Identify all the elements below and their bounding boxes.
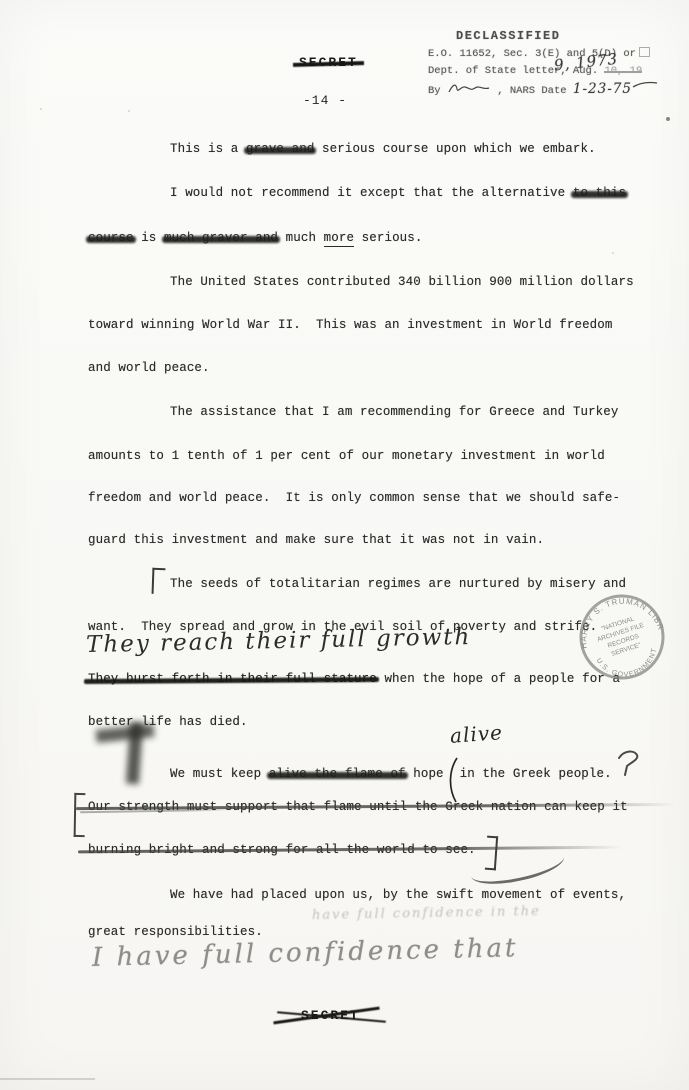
typed-line: course is much graver and much more seri… — [88, 229, 422, 247]
insert-bracket-mark — [152, 568, 166, 594]
classification-secret-bottom: SECRET — [301, 1008, 360, 1023]
margin-question-mark — [616, 748, 642, 780]
typed-text: The seeds of totalitarian regimes are nu… — [170, 577, 626, 591]
typed-line: The seeds of totalitarian regimes are nu… — [88, 575, 626, 593]
typed-text: serious. — [354, 231, 422, 245]
stamp-by-label: By — [428, 85, 441, 97]
document-page: SECRET DECLASSIFIED E.O. 11652, Sec. 3(E… — [0, 0, 689, 1090]
typed-text: guard this investment and make sure that… — [88, 533, 544, 547]
typed-text: The assistance that I am recommending fo… — [170, 405, 618, 419]
typed-text: We have had placed upon us, by the swift… — [170, 888, 626, 902]
stamp-by-line: By , NARS Date 1-23-75 — [428, 81, 678, 101]
typed-line: I would not recommend it except that the… — [88, 184, 626, 202]
typed-text: hope — [406, 767, 444, 781]
typed-text: serious course upon which we embark. — [314, 142, 595, 156]
typed-line: The United States contributed 340 billio… — [88, 273, 634, 291]
typed-text: I would not recommend it except that the… — [170, 186, 573, 200]
typed-text: when the hope of a people for a — [377, 672, 620, 686]
typed-text: in the Greek people. — [460, 767, 612, 781]
delete-bracket-open — [74, 793, 86, 837]
typed-text: is — [134, 231, 164, 245]
scan-speckle — [666, 117, 670, 121]
struck-text: grave and — [246, 142, 314, 156]
typed-line: freedom and world peace. It is only comm… — [88, 489, 620, 507]
classification-secret-top: SECRET — [299, 55, 358, 70]
erased-pencil-note: have full confidence in the — [312, 904, 541, 923]
stamp-nars-date-handwritten: 1-23-75 — [573, 81, 632, 97]
typed-text: The United States contributed 340 billio… — [170, 275, 634, 289]
typed-text: and world peace. — [88, 361, 210, 375]
struck-text: They burst forth in their full stature — [88, 672, 377, 686]
typed-text: more — [324, 231, 354, 247]
typed-line: This is a grave and serious course upon … — [88, 140, 596, 158]
stamp-letter-line: Dept. of State letter, Aug. 10, 19 — [428, 63, 678, 81]
typed-line: We must keep alive the flame of hopein t… — [88, 756, 612, 804]
typed-text: We must keep — [170, 767, 269, 781]
pen-tail-stroke — [632, 81, 658, 89]
typed-line: and world peace. — [88, 359, 210, 377]
typed-line: guard this investment and make sure that… — [88, 531, 544, 549]
typed-text: freedom and world peace. It is only comm… — [88, 491, 620, 505]
typed-text: much — [278, 231, 324, 245]
insertion-caret — [446, 756, 458, 804]
struck-text: course — [88, 231, 134, 245]
scan-speckle — [40, 108, 42, 110]
scan-speckle — [128, 110, 130, 112]
struck-text: much graver and — [164, 231, 278, 245]
typed-text: toward winning World War II. This was an… — [88, 318, 612, 332]
declassification-stamp: DECLASSIFIED E.O. 11652, Sec. 3(E) and 5… — [428, 28, 678, 100]
scan-speckle — [612, 252, 614, 254]
typed-text: great responsibilities. — [88, 925, 263, 939]
struck-text: alive the flame of — [269, 767, 406, 781]
stamp-title: DECLASSIFIED — [456, 28, 678, 46]
typed-line: We have had placed upon us, by the swift… — [88, 886, 626, 904]
handwritten-insertion: alive — [449, 720, 503, 748]
signature-scribble — [447, 82, 491, 95]
typed-line: amounts to 1 tenth of 1 per cent of our … — [88, 447, 605, 465]
stamp-checkbox — [639, 47, 650, 57]
typed-text: amounts to 1 tenth of 1 per cent of our … — [88, 449, 605, 463]
typed-line: The assistance that I am recommending fo… — [88, 403, 618, 421]
page-number: -14 - — [303, 93, 347, 108]
stamp-nars-label: , NARS Date — [497, 85, 566, 97]
typed-line: great responsibilities. — [88, 923, 263, 941]
typed-line: They burst forth in their full stature w… — [88, 670, 620, 688]
typed-text: This is a — [170, 142, 246, 156]
typed-line: toward winning World War II. This was an… — [88, 316, 612, 334]
struck-text: to this — [573, 186, 626, 200]
scan-artifact-line — [0, 1078, 95, 1080]
typed-text: better life has died. — [88, 715, 248, 729]
